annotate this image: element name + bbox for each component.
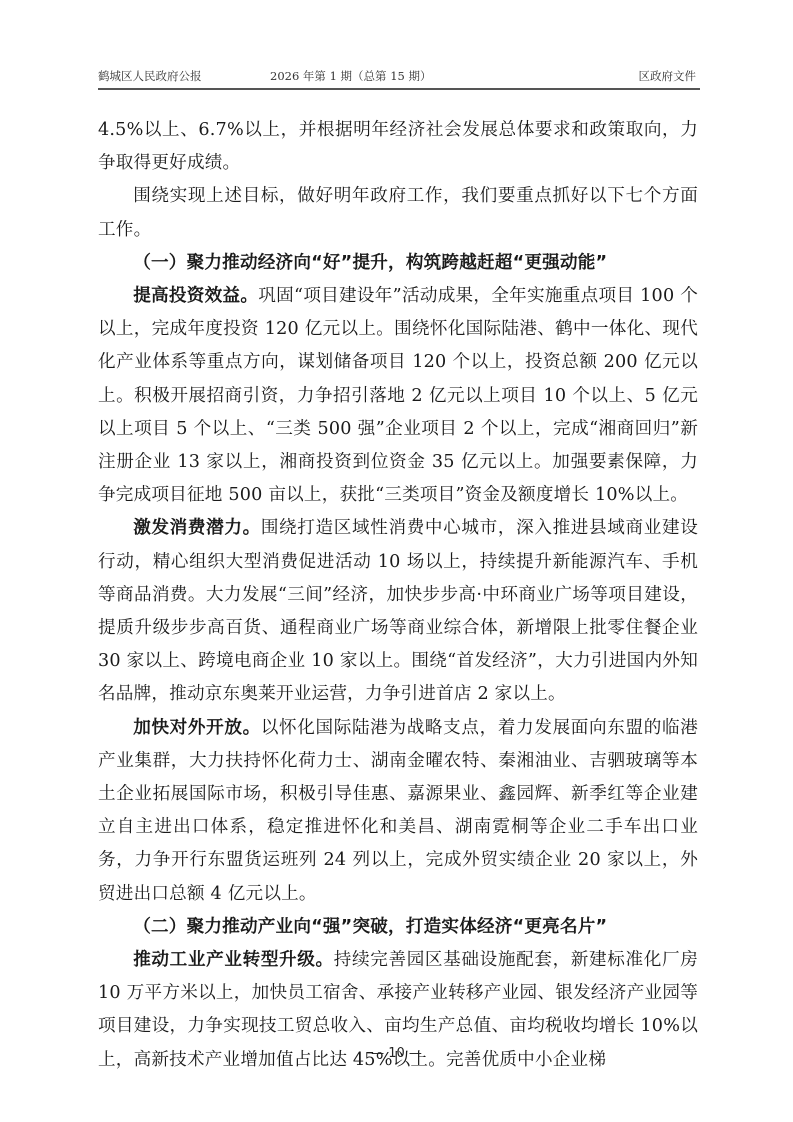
document-body: 4.5%以上、6.7%以上，并根据明年经济社会发展总体要求和政策取向，力争取得更…	[98, 114, 698, 1077]
lead-consumption: 激发消费潜力。	[133, 518, 261, 538]
paragraph-opening: 加快对外开放。以怀化国际陆港为战略支点，着力发展面向东盟的临港产业集群，大力扶持…	[98, 712, 698, 911]
paragraph-investment: 提高投资效益。巩固“项目建设年”活动成果，全年实施重点项目 100 个以上，完成…	[98, 280, 698, 512]
section-heading-2: （二）聚力推动产业向“强”突破，打造实体经济“更亮名片”	[98, 911, 698, 944]
paragraph-text: 以怀化国际陆港为战略支点，着力发展面向东盟的临港产业集群，大力扶持怀化荷力士、湖…	[98, 718, 698, 904]
section-name: 区政府文件	[639, 68, 697, 84]
section-heading-1: （一）聚力推动经济向“好”提升，构筑跨越赶超“更强动能”	[98, 247, 698, 280]
page-number: — 10 —	[0, 1046, 793, 1061]
paragraph-text: 围绕打造区域性消费中心城市，深入推进县域商业建设行动，精心组织大型消费促进活动 …	[98, 518, 698, 704]
lead-investment: 提高投资效益。	[133, 286, 258, 306]
paragraph-text: 巩固“项目建设年”活动成果，全年实施重点项目 100 个以上，完成年度投资 12…	[98, 286, 698, 505]
paragraph-intro: 围绕实现上述目标，做好明年政府工作，我们要重点抓好以下七个方面工作。	[98, 180, 698, 246]
paragraph-consumption: 激发消费潜力。围绕打造区域性消费中心城市，深入推进县域商业建设行动，精心组织大型…	[98, 512, 698, 711]
publication-name: 鹤城区人民政府公报	[98, 68, 202, 84]
paragraph-continuation: 4.5%以上、6.7%以上，并根据明年经济社会发展总体要求和政策取向，力争取得更…	[98, 114, 698, 180]
lead-opening: 加快对外开放。	[133, 718, 261, 738]
page-header: 鹤城区人民政府公报 2026 年第 1 期（总第 15 期） 区政府文件	[98, 66, 700, 90]
lead-industry: 推动工业产业转型升级。	[133, 950, 334, 970]
issue-info: 2026 年第 1 期（总第 15 期）	[270, 68, 432, 84]
